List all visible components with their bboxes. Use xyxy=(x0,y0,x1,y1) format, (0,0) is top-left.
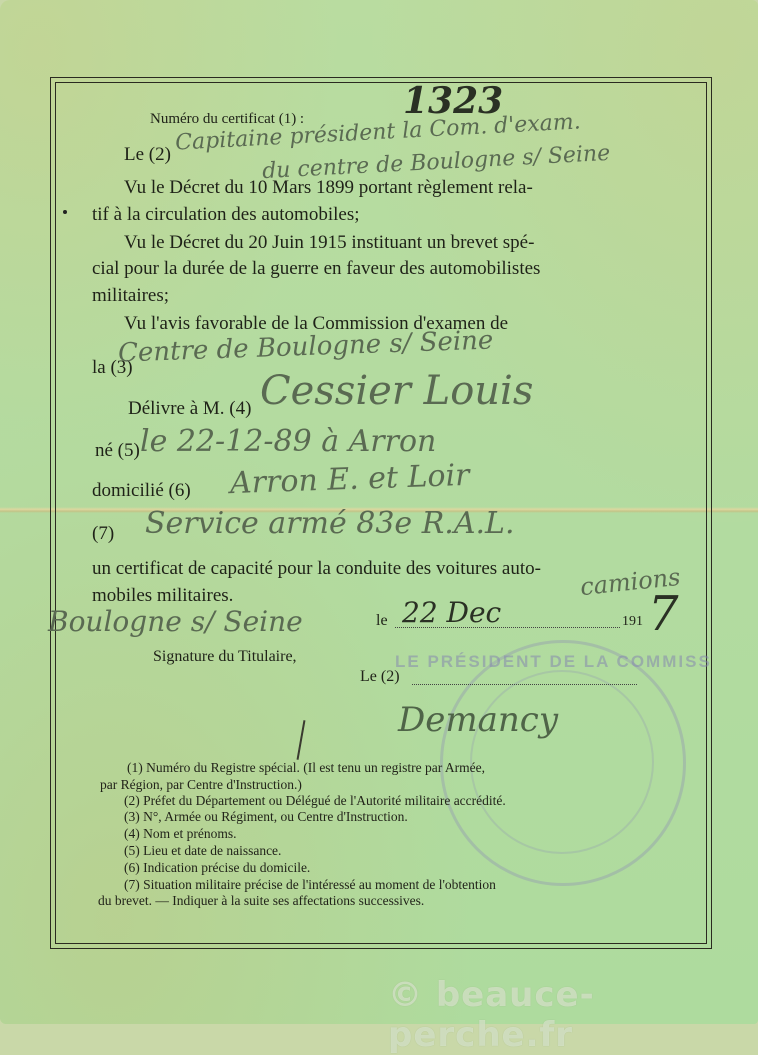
footnote-1: (1) Numéro du Registre spécial. (Il est … xyxy=(127,760,485,776)
footnote-3: (3) N°, Armée ou Régiment, ou Centre d'I… xyxy=(124,809,408,825)
decree-1915-line2: cial pour la durée de la guerre en faveu… xyxy=(92,258,540,280)
domicile-label: domicilié (6) xyxy=(92,480,191,502)
military-situation-value: Service armé 83e R.A.L. xyxy=(145,506,515,541)
footnote-6: (6) Indication précise du domicile. xyxy=(124,860,310,876)
stamp-text: LE PRÉSIDENT DE LA COMMISS xyxy=(395,652,712,672)
issue-place: Boulogne s/ Seine xyxy=(48,605,303,638)
year-prefix: 191 xyxy=(622,614,643,630)
watermark: © beauce-perche.fr xyxy=(388,975,758,1024)
le-label: Le (2) xyxy=(124,144,171,166)
footnote-7-cont: du brevet. — Indiquer à la suite ses aff… xyxy=(98,893,424,909)
decree-1915-line3: militaires; xyxy=(92,285,169,307)
decree-1899-line2: tif à la circulation des automobiles; xyxy=(92,204,360,226)
birth-value: le 22-12-89 à Arron xyxy=(140,424,436,459)
capacity-line1: un certificat de capacité pour la condui… xyxy=(92,558,541,580)
footnote-1-cont: par Région, par Centre d'Instruction.) xyxy=(100,777,302,793)
le2-dotted-line xyxy=(412,684,637,685)
military-situation-label: (7) xyxy=(92,523,114,545)
official-stamp-inner-ring xyxy=(470,670,654,854)
footnote-2: (2) Préfet du Département ou Délégué de … xyxy=(124,793,506,809)
footnote-7: (7) Situation militaire précise de l'int… xyxy=(124,877,496,893)
margin-dot xyxy=(63,210,67,214)
ne-label: né (5) xyxy=(95,440,140,462)
le2-label: Le (2) xyxy=(360,668,400,686)
year-suffix: 7 xyxy=(648,586,679,642)
holder-name: Cessier Louis xyxy=(260,368,533,414)
date-le-label: le xyxy=(376,612,388,630)
footnote-4: (4) Nom et prénoms. xyxy=(124,826,236,842)
footnote-5: (5) Lieu et date de naissance. xyxy=(124,843,281,859)
holder-signature-label: Signature du Titulaire, xyxy=(153,648,297,666)
issue-date: 22 Dec xyxy=(402,596,501,629)
delivre-label: Délivre à M. (4) xyxy=(128,398,251,420)
capacity-line2: mobiles militaires. xyxy=(92,585,233,607)
decree-1880-line1: Vu le Décret du 10 Mars 1899 portant règ… xyxy=(124,177,533,199)
official-signature: Demancy xyxy=(398,700,558,740)
decree-1915-line1: Vu le Décret du 20 Juin 1915 instituant … xyxy=(124,232,534,254)
